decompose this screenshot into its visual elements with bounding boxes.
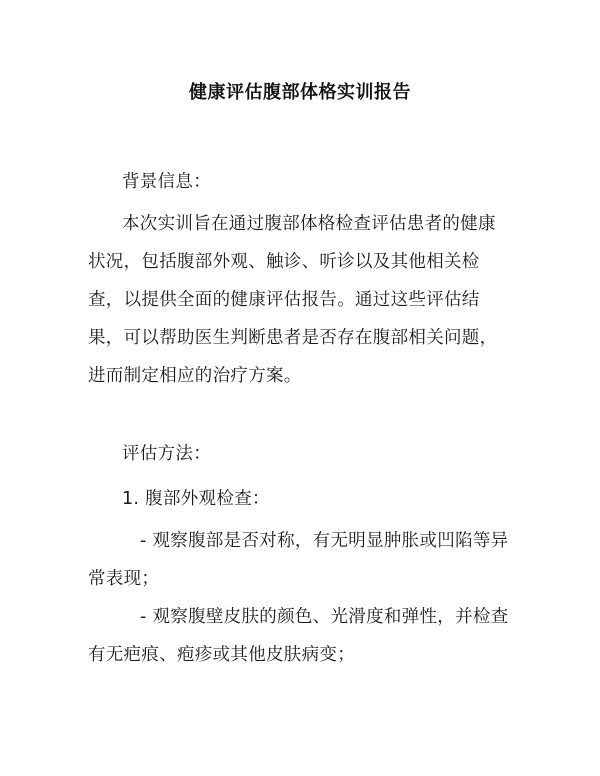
subheading-abdominal-appearance: 1. 腹部外观检查： — [122, 485, 270, 510]
document-title: 健康评估腹部体格实训报告 — [0, 78, 600, 104]
section-heading-methods: 评估方法： — [122, 440, 211, 465]
method-item: - 观察腹部是否对称，有无明显肿胀或凹陷等异常表现； — [88, 522, 513, 598]
document-page: 健康评估腹部体格实训报告 背景信息： 本次实训旨在通过腹部体格检查评估患者的健康… — [0, 0, 600, 776]
method-item: - 观察腹壁皮肤的颜色、光滑度和弹性，并检查有无疤痕、疱疹或其他皮肤病变； — [88, 598, 513, 674]
background-paragraph: 本次实训旨在通过腹部体格检查评估患者的健康状况，包括腹部外观、触诊、听诊以及其他… — [88, 205, 513, 395]
section-heading-background: 背景信息： — [122, 168, 211, 193]
